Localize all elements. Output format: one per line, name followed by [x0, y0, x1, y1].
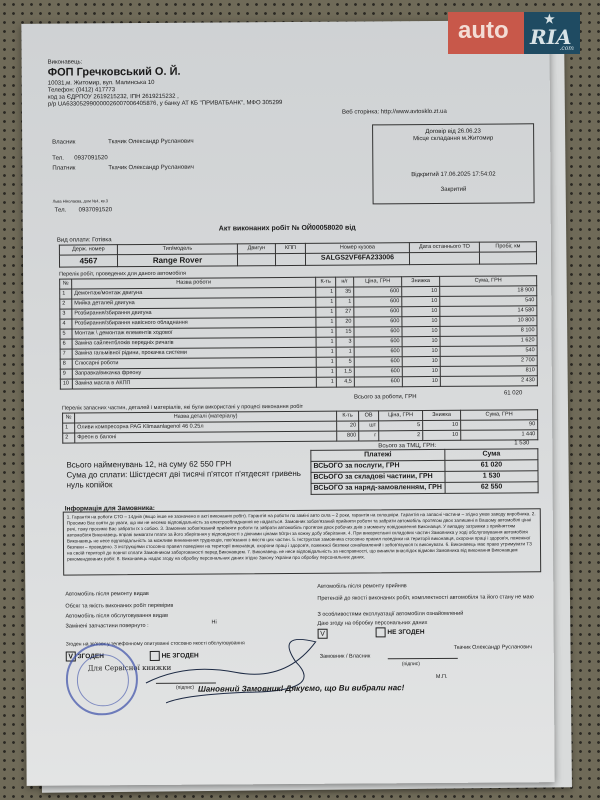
watermark-auto: auto — [448, 12, 524, 54]
vehicle-model: Range Rover — [117, 254, 237, 267]
opened-datetime: Відкритий 17.06.2025 17:54:02 — [373, 171, 533, 180]
parts-header-num: № — [63, 413, 75, 423]
works-table-cell: 600 — [354, 307, 402, 317]
parts-table-cell: г — [359, 431, 379, 441]
works-table-cell: 10 — [402, 356, 440, 366]
works-table-cell: 1 — [316, 287, 336, 297]
owner-phone-label: Тел. — [52, 156, 64, 164]
customer-owner-label: Замовник / Власник — [320, 653, 370, 660]
accepted-line-2: Претензій до якості виконаних робіт, ком… — [317, 594, 537, 602]
signature-scribble — [126, 621, 367, 713]
works-table-cell: Заміна масла в АКПП — [72, 377, 316, 389]
parts-total-value: 1 530 — [514, 440, 529, 448]
accepted-line-3: З особливостями експлуатації автомобіля … — [317, 611, 463, 619]
works-header-sum: Сума, ГРН — [440, 276, 537, 287]
issued-line-2: Обсяг та якість виконаних робіт перевіри… — [65, 603, 173, 611]
star-icon: ★ — [544, 12, 555, 26]
works-table-cell: 1 — [336, 297, 354, 307]
works-table-cell: 1 — [316, 307, 336, 317]
vehicle-last-service — [409, 252, 479, 264]
parts-header-discount: Знижка — [423, 410, 461, 420]
payments-table: Платежі Сума ВСЬОГО за послуги, ГРН61 02… — [310, 448, 538, 495]
works-table-cell: 3 — [60, 309, 72, 319]
works-table-cell: 10 — [402, 286, 440, 296]
works-table-cell: 1 — [336, 347, 354, 357]
works-table-cell: 35 — [336, 287, 354, 297]
works-table-cell: 600 — [354, 337, 402, 347]
works-table-cell: 1 — [316, 327, 336, 337]
payer-name: Ткачик Олександр Русланович — [108, 165, 194, 173]
works-table-cell: 600 — [354, 357, 402, 367]
parts-table-cell: 1 440 — [461, 430, 538, 441]
works-table-cell: 1 — [60, 289, 72, 299]
work-completion-act-document: Виконавець: ФОП Гречковський О. Й. 10031… — [21, 20, 554, 786]
works-table-cell: 4 — [60, 319, 72, 329]
closed-status: Закритий — [373, 186, 533, 195]
parts-header-qty: К-ть — [337, 411, 359, 421]
parts-table-cell: 1 — [63, 423, 75, 433]
parts-table-cell: 10 — [423, 420, 461, 430]
data-consent-disagree-checkbox[interactable] — [376, 627, 386, 637]
vehicle-mileage — [479, 252, 536, 264]
works-table-row: 10Заміна масла в АКПП14,5600102 430 — [60, 376, 537, 389]
works-table-cell: 600 — [354, 297, 402, 307]
parts-table-cell: 2 — [379, 431, 423, 441]
works-table-cell: 3 — [336, 337, 354, 347]
watermark-com: .com — [559, 45, 574, 52]
parts-table-cell: 20 — [337, 421, 359, 431]
contractor-website: Веб сторінка: http://www.avtosklo.zt.ua — [342, 109, 447, 117]
works-table-cell: 27 — [336, 307, 354, 317]
works-table-cell: 1 — [316, 347, 336, 357]
works-table-cell: 10 — [402, 376, 440, 386]
works-table-cell: 10 800 — [440, 316, 537, 327]
works-total-value: 61 020 — [504, 390, 522, 398]
owner-phone: 0937091520 — [74, 155, 107, 163]
works-table-cell: 600 — [354, 327, 402, 337]
act-title: Акт виконаних робіт № ОЙ00058020 від — [219, 225, 356, 235]
works-header-qty: К-ть — [316, 277, 336, 287]
works-table-cell: 600 — [354, 317, 402, 327]
works-table-cell: 600 — [354, 287, 402, 297]
info-text: 1. Гарантія на роботи СТО – 14днів (якщо… — [67, 511, 536, 561]
works-table-cell: 1 — [316, 367, 336, 377]
vehicle-table: Держ. номер Тип/модель Двигун КПП Номер … — [59, 241, 537, 267]
works-table: № Назва роботи К-ть н/г Ціна, ГРН Знижка… — [59, 275, 538, 389]
header-mileage: Пробіг, км — [479, 242, 536, 252]
works-table-cell: 1 620 — [440, 336, 537, 347]
parts-table-cell: 10 — [423, 430, 461, 440]
data-consent-disagree-label: НЕ ЗГОДЕН — [387, 629, 424, 636]
parts-table-row: 2Фреон в балоні800г2101 440 — [63, 430, 538, 443]
works-table-cell: 1 — [316, 377, 336, 387]
works-table-cell: 5 — [60, 329, 72, 339]
parts-table-cell: 90 — [461, 420, 538, 431]
header-engine: Двигун — [237, 244, 275, 254]
parts-table-cell: шт — [359, 421, 379, 431]
works-table-cell: 8 100 — [440, 326, 537, 337]
works-table-cell: 2 — [60, 299, 72, 309]
payments-header-sum: Сума — [445, 449, 538, 461]
vehicle-engine — [237, 254, 275, 266]
works-table-cell: 540 — [440, 346, 537, 357]
parts-table-cell: 2 — [63, 433, 75, 443]
customer-address: Льва Ніколаєва, дом №4, кв.3 — [53, 198, 108, 203]
works-header-price: Ціна, ГРН — [354, 277, 402, 287]
parts-header-price: Ціна, ГРН — [379, 411, 423, 421]
payment-amount: 61 020 — [445, 460, 538, 472]
watermark-ria: ★ RIA .com — [524, 12, 580, 54]
contact-phone-label: Тел. — [55, 208, 67, 216]
works-table-cell: 9 — [60, 369, 72, 379]
owner-label: Власник — [52, 139, 75, 147]
works-table-cell: 10 — [402, 326, 440, 336]
works-table-cell: 20 — [336, 317, 354, 327]
contract-place: Місце складання м.Житомир — [373, 135, 533, 144]
works-header-num: № — [60, 279, 72, 289]
parts-header-unit: ОВ — [359, 411, 379, 421]
parts-table-cell: Фреон в балоні — [75, 431, 337, 443]
works-table-cell: 2 430 — [440, 376, 537, 387]
vehicle-plate: 4567 — [59, 255, 117, 267]
works-table-cell: 540 — [440, 296, 537, 307]
parts-header-sum: Сума, ГРН — [461, 410, 538, 421]
works-table-cell: 18 900 — [440, 286, 537, 297]
vehicle-vin: SALGS2VF6FA233006 — [305, 253, 409, 266]
header-gearbox: КПП — [275, 243, 305, 253]
customer-signature-line — [388, 658, 458, 659]
payer-label: Платник — [52, 165, 75, 173]
works-table-cell: 10 — [402, 316, 440, 326]
header-last-service: Дата останнього ТО — [409, 242, 479, 252]
summary-amount-words: Сума до сплати: Шістдесят дві тисячі п'я… — [66, 469, 300, 481]
payments-row: ВСЬОГО за наряд-замовленням, ГРН62 550 — [311, 482, 538, 495]
owner-name: Ткачик Олександр Русланович — [108, 139, 194, 147]
vehicle-gearbox — [275, 253, 305, 265]
works-table-cell: 1 — [316, 317, 336, 327]
works-header-discount: Знижка — [402, 276, 440, 286]
works-table-cell: 600 — [354, 377, 402, 387]
works-table-cell: 600 — [354, 347, 402, 357]
works-table-cell: 1 — [316, 357, 336, 367]
contractor-bank-account: р/р UA633052990000026007006405876, у бан… — [48, 100, 282, 109]
payment-label: ВСЬОГО за наряд-замовленням, ГРН — [311, 482, 445, 494]
works-table-cell: 10 — [60, 379, 72, 389]
works-header-hours: н/г — [336, 277, 354, 287]
works-table-cell: 6 — [60, 339, 72, 349]
closing-thanks: Шановний Замовник! Дякуємо, що Ви вибрал… — [198, 683, 404, 694]
data-consent-agree-option[interactable]: V — [318, 629, 328, 639]
customer-signature-caption: (підпис) — [402, 661, 420, 667]
payment-amount: 62 550 — [445, 482, 538, 494]
works-table-cell: 1,5 — [336, 367, 354, 377]
data-consent-disagree-option[interactable]: НЕ ЗГОДЕН — [376, 627, 425, 637]
issued-line-1: Автомобіль після ремонту видав — [65, 591, 149, 598]
works-table-cell: 8 — [60, 359, 72, 369]
works-table-cell: 810 — [440, 366, 537, 377]
works-table-cell: 10 — [402, 336, 440, 346]
works-table-cell: 10 — [402, 296, 440, 306]
parts-table: № Назва деталі (матеріалу) К-ть ОВ Ціна,… — [62, 409, 538, 443]
works-table-cell: 1 — [316, 297, 336, 307]
header-plate: Держ. номер — [59, 245, 117, 255]
customer-signer-name: Ткачик Олександр Русланович — [454, 644, 532, 651]
works-table-cell: 5 — [336, 357, 354, 367]
issued-line-3: Автомобіль після обслуговування видав — [65, 613, 168, 621]
works-table-cell: 2 700 — [440, 356, 537, 367]
autoria-watermark: auto ★ RIA .com — [448, 12, 580, 54]
contact-phone: 0937091520 — [79, 207, 112, 215]
works-table-cell: 14 580 — [440, 306, 537, 317]
payment-amount: 1 530 — [445, 471, 538, 483]
contract-info-box: Договір від 26.06.23 Місце складання м.Ж… — [372, 123, 535, 204]
parts-table-cell: 800 — [337, 431, 359, 441]
info-box: 1. Гарантія на роботи СТО – 14днів (якщо… — [63, 508, 541, 575]
stamp-place-label: М.П. — [436, 674, 448, 681]
works-table-cell: 10 — [402, 306, 440, 316]
works-table-cell: 15 — [336, 327, 354, 337]
works-table-cell: 4,5 — [336, 377, 354, 387]
contractor-name: ФОП Гречковський О. Й. — [48, 66, 181, 81]
accepted-line-1: Автомобіль після ремонту прийняв — [317, 583, 406, 590]
works-table-cell: 10 — [402, 346, 440, 356]
works-table-cell: 1 — [316, 337, 336, 347]
works-total-label: Всього за роботи, ГРН — [354, 394, 417, 402]
data-consent-agree-checkbox[interactable]: V — [318, 629, 328, 639]
parts-table-cell: 5 — [379, 421, 423, 431]
works-table-cell: 10 — [402, 366, 440, 376]
works-table-cell: 600 — [354, 367, 402, 377]
works-table-cell: 7 — [60, 349, 72, 359]
summary-amount-words-cont: нуль копійок — [67, 480, 113, 490]
